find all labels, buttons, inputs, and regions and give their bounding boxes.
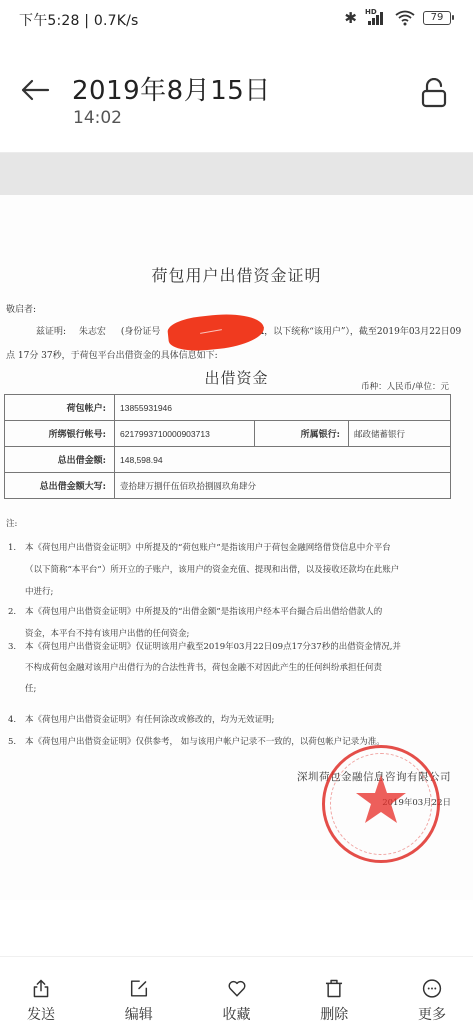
favorite-label: 收藏 <box>223 1004 251 1024</box>
currency-unit: 币种：人民币/单位：元 <box>361 380 449 392</box>
favorite-button[interactable]: 收藏 <box>209 957 265 1024</box>
company-seal <box>322 745 440 863</box>
back-arrow-icon[interactable] <box>20 78 50 102</box>
page-subtitle-time: 14:02 <box>73 108 122 128</box>
network-tag: HD <box>365 8 377 16</box>
note-item: 4. 本《荷包用户出借资金证明》有任何涂改或修改的，均为无效证明; <box>6 709 456 731</box>
trash-icon <box>321 979 347 998</box>
heart-icon <box>224 979 250 998</box>
account-value: 13855931946 <box>115 395 451 421</box>
id-suffix: 1X，以下统称“该用户”），截至2019年03月22日09 <box>252 327 461 337</box>
bottom-toolbar: 发送 编辑 收藏 删除 更多 <box>0 956 473 1024</box>
bank-account-label: 所绑银行帐号: <box>5 421 115 447</box>
certification-line-2: 点 17分 37秒，于荷包平台出借资金的具体信息如下: <box>6 348 218 361</box>
status-time-speed: 下午5:28 | 0.7K/s <box>19 10 139 30</box>
more-button[interactable]: 更多 <box>404 957 460 1024</box>
table-row: 所绑银行帐号: 6217993710000903713 所属银行: 邮政储蓄银行 <box>5 421 451 447</box>
bank-label: 所属银行: <box>255 421 349 447</box>
note-item: 3. 本《荷包用户出借资金证明》仅证明该用户截至2019年03月22日09点17… <box>6 637 456 700</box>
status-time: 下午5:28 <box>19 13 80 29</box>
edit-icon <box>126 979 152 998</box>
bank-value: 邮政储蓄银行 <box>349 421 451 447</box>
cellular-signal-icon: HD <box>365 10 387 26</box>
total-value: 148,598.94 <box>115 447 451 473</box>
status-icons: ✱ HD 79 <box>344 9 451 27</box>
table-row: 总出借金额: 148,598.94 <box>5 447 451 473</box>
account-label: 荷包帐户: <box>5 395 115 421</box>
page-title: 2019年8月15日 <box>72 70 271 107</box>
document-title: 荷包用户出借资金证明 <box>0 263 473 286</box>
bank-account-value: 6217993710000903713 <box>115 421 255 447</box>
edit-button[interactable]: 编辑 <box>111 957 167 1024</box>
lending-info-table: 荷包帐户: 13855931946 所绑银行帐号: 62179937100009… <box>4 394 451 499</box>
battery-level: 79 <box>431 12 444 23</box>
more-label: 更多 <box>418 1004 446 1024</box>
edit-label: 编辑 <box>125 1004 153 1024</box>
bluetooth-icon: ✱ <box>344 9 357 27</box>
id-prefix: (身份证号 <box>121 327 161 337</box>
table-row: 总出借金额大写: 壹拾肆万捌仟伍佰玖拾捌圆玖角肆分 <box>5 473 451 499</box>
total-label: 总出借金额: <box>5 447 115 473</box>
header: 2019年8月15日 14:02 <box>0 60 473 140</box>
total-cn-value: 壹拾肆万捌仟伍佰玖拾捌圆玖角肆分 <box>115 473 451 499</box>
status-bar: 下午5:28 | 0.7K/s ✱ HD 79 <box>0 0 473 36</box>
send-label: 发送 <box>27 1004 55 1024</box>
notes-heading: 注: <box>6 517 17 529</box>
unlock-icon[interactable] <box>420 78 448 108</box>
document-image[interactable]: 荷包用户出借资金证明 敬启者: 兹证明: 朱志宏 (身份证号 1X，以下统称“该… <box>0 195 473 900</box>
table-row: 荷包帐户: 13855931946 <box>5 395 451 421</box>
salutation: 敬启者: <box>6 302 36 315</box>
battery-icon: 79 <box>423 11 451 25</box>
delete-button[interactable]: 删除 <box>306 957 362 1024</box>
cert-prefix: 兹证明: <box>36 327 66 337</box>
total-cn-label: 总出借金额大写: <box>5 473 115 499</box>
user-name: 朱志宏 <box>79 327 106 337</box>
document-top-band <box>0 152 473 195</box>
status-net-speed: 0.7K/s <box>94 13 139 29</box>
share-icon <box>28 979 54 998</box>
note-item: 1. 本《荷包用户出借资金证明》中所提及的“荷包账户”是指该用户于荷包金融网络借… <box>6 537 456 603</box>
send-button[interactable]: 发送 <box>13 957 69 1024</box>
seal-star-icon <box>355 773 407 825</box>
wifi-icon <box>395 10 415 26</box>
delete-label: 删除 <box>320 1004 348 1024</box>
more-icon <box>419 979 445 998</box>
